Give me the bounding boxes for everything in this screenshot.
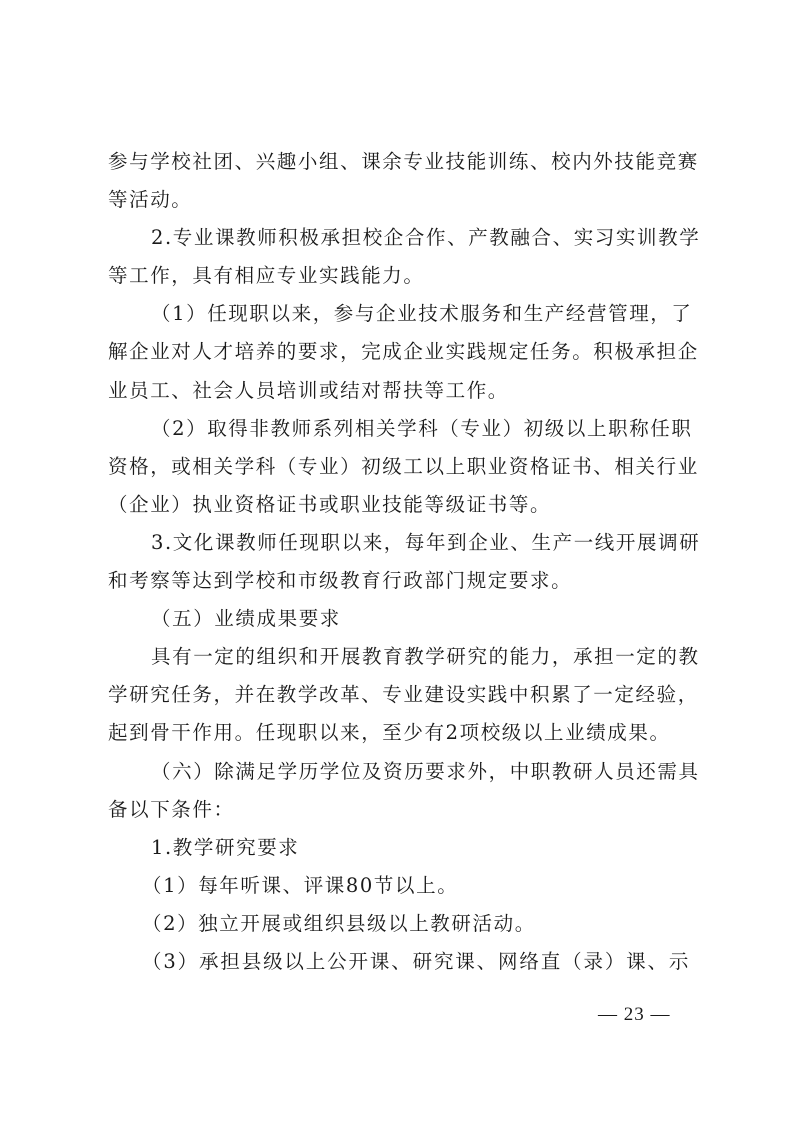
- paragraph-line: 业员工、社会人员培训或结对帮扶等工作。: [108, 372, 690, 410]
- paragraph-line: （1）任现职以来，参与企业技术服务和生产经营管理，了: [108, 295, 690, 333]
- paragraph-line: 和考察等达到学校和市级教育行政部门规定要求。: [108, 562, 690, 600]
- paragraph-line: 学研究任务，并在教学改革、专业建设实践中积累了一定经验，: [108, 676, 690, 714]
- paragraph-line: 具有一定的组织和开展教育教学研究的能力，承担一定的教: [108, 638, 690, 676]
- paragraph-line: 等活动。: [108, 181, 690, 219]
- page-number: — 23 —: [598, 1002, 678, 1028]
- paragraph-line: 资格，或相关学科（专业）初级工以上职业资格证书、相关行业: [108, 448, 690, 486]
- paragraph-line: 解企业对人才培养的要求，完成企业实践规定任务。积极承担企: [108, 333, 690, 371]
- paragraph-line: （2）取得非教师系列相关学科（专业）初级以上职称任职: [108, 410, 690, 448]
- paragraph-line: 起到骨干作用。任现职以来，至少有2项校级以上业绩成果。: [108, 714, 690, 752]
- paragraph-line: 等工作，具有相应专业实践能力。: [108, 257, 690, 295]
- paragraph-line: （企业）执业资格证书或职业技能等级证书等。: [108, 486, 690, 524]
- paragraph-line: 备以下条件：: [108, 791, 690, 829]
- list-item: （3）承担县级以上公开课、研究课、网络直（录）课、示: [108, 943, 690, 981]
- subsection-heading: 1.教学研究要求: [108, 829, 690, 867]
- paragraph-line: （六）除满足学历学位及资历要求外，中职教研人员还需具: [108, 753, 690, 791]
- paragraph-line: 参与学校社团、兴趣小组、课余专业技能训练、校内外技能竞赛: [108, 143, 690, 181]
- paragraph-line: 3.文化课教师任现职以来，每年到企业、生产一线开展调研: [108, 524, 690, 562]
- document-body: 参与学校社团、兴趣小组、课余专业技能训练、校内外技能竞赛 等活动。 2.专业课教…: [108, 143, 690, 981]
- list-item: （2）独立开展或组织县级以上教研活动。: [108, 905, 690, 943]
- paragraph-line: 2.专业课教师积极承担校企合作、产教融合、实习实训教学: [108, 219, 690, 257]
- list-item: （1）每年听课、评课80节以上。: [108, 867, 690, 905]
- document-page: 参与学校社团、兴趣小组、课余专业技能训练、校内外技能竞赛 等活动。 2.专业课教…: [0, 0, 793, 1122]
- section-heading: （五）业绩成果要求: [108, 600, 690, 638]
